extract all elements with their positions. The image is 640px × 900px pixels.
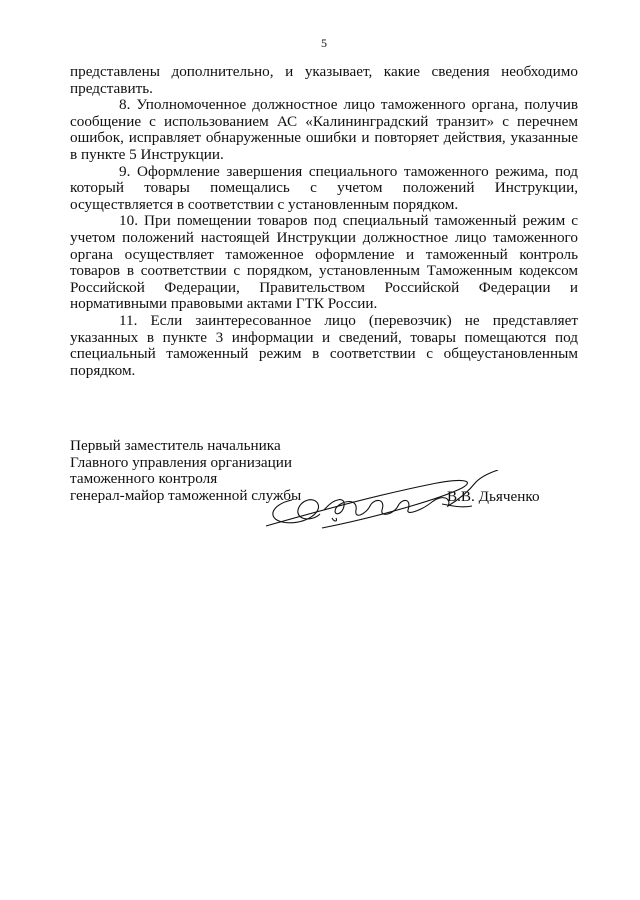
page-number: 5 <box>321 36 327 51</box>
signer-name: В.В. Дьяченко <box>447 488 540 506</box>
signer-title-line-1: Первый заместитель начальника <box>70 438 301 455</box>
paragraph-11: 11. Если заинтересованное лицо (перевозч… <box>70 313 578 379</box>
signer-title-line-2: Главного управления организации <box>70 455 301 472</box>
paragraph-9: 9. Оформление завершения специального та… <box>70 164 578 214</box>
document-body: представлены дополнительно, и указывает,… <box>70 64 578 379</box>
paragraph-10: 10. При помещении товаров под специальны… <box>70 213 578 313</box>
paragraph-8: 8. Уполномоченное должностное лицо тамож… <box>70 97 578 163</box>
paragraph-continuation: представлены дополнительно, и указывает,… <box>70 64 578 97</box>
